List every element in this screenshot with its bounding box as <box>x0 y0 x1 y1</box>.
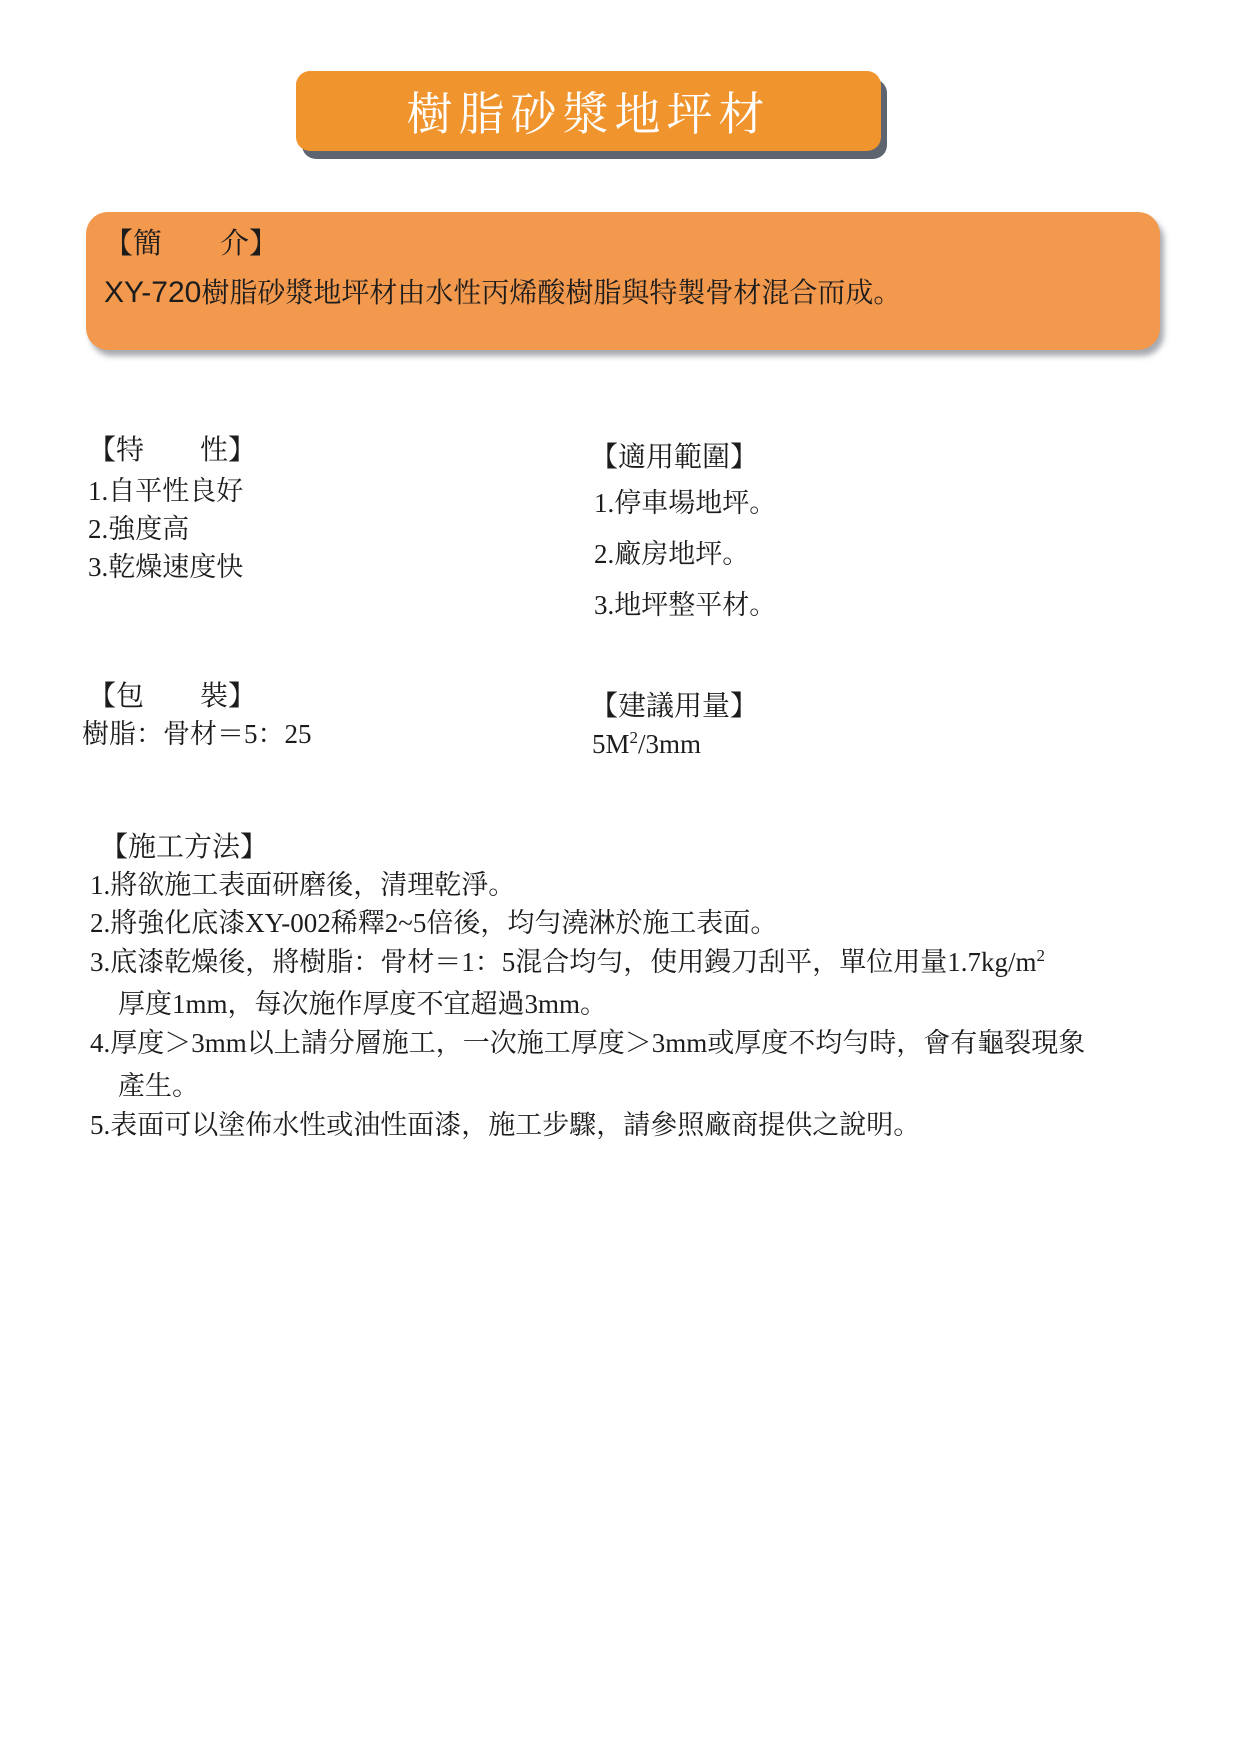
features-heading: 【特 性】 <box>88 434 256 468</box>
method-step-3-line-1: 3.底漆乾燥後，將樹脂：骨材＝1：5混合均勻，使用鏝刀刮平，單位用量1.7kg/… <box>90 945 1045 979</box>
method-step-3-text: 3.底漆乾燥後，將樹脂：骨材＝1：5混合均勻，使用鏝刀刮平，單位用量1.7kg/… <box>90 947 1037 977</box>
dosage-value-base: 5M <box>592 729 630 759</box>
features-item-3: 3.乾燥速度快 <box>88 550 243 584</box>
datasheet-page: 樹脂砂漿地坪材 【簡 介】 XY-720樹脂砂漿地坪材由水性丙烯酸樹脂與特製骨材… <box>0 0 1241 1754</box>
applications-item-3: 3.地坪整平材。 <box>594 588 776 622</box>
intro-product-code: XY-720 <box>104 276 201 309</box>
intro-body: XY-720樹脂砂漿地坪材由水性丙烯酸樹脂與特製骨材混合而成。 <box>104 274 1142 313</box>
intro-panel: 【簡 介】 XY-720樹脂砂漿地坪材由水性丙烯酸樹脂與特製骨材混合而成。 <box>86 212 1160 350</box>
features-item-1: 1.自平性良好 <box>88 474 243 508</box>
dosage-value-rest: /3mm <box>638 729 701 759</box>
title-banner: 樹脂砂漿地坪材 <box>296 71 881 151</box>
features-item-2: 2.強度高 <box>88 512 189 546</box>
method-step-4-line-1: 4.厚度＞3mm以上請分層施工，一次施工厚度＞3mm或厚度不均勻時，會有龜裂現象 <box>90 1026 1085 1060</box>
method-step-5: 5.表面可以塗佈水性或油性面漆，施工步驟，請參照廠商提供之說明。 <box>90 1108 920 1142</box>
method-step-3-line-2: 厚度1mm，每次施作厚度不宜超過3mm。 <box>118 987 607 1021</box>
method-step-4-line-2: 產生。 <box>118 1069 199 1103</box>
packaging-ratio: 樹脂：骨材＝5：25 <box>82 717 312 751</box>
method-step-1: 1.將欲施工表面研磨後，清理乾淨。 <box>90 868 515 902</box>
method-heading: 【施工方法】 <box>100 831 268 865</box>
dosage-value-superscript: 2 <box>630 728 639 747</box>
intro-body-text: 樹脂砂漿地坪材由水性丙烯酸樹脂與特製骨材混合而成。 <box>201 278 901 309</box>
dosage-value: 5M2/3mm <box>592 727 701 761</box>
intro-heading: 【簡 介】 <box>104 224 1142 264</box>
applications-heading: 【適用範圍】 <box>590 441 758 475</box>
applications-item-1: 1.停車場地坪。 <box>594 486 776 520</box>
packaging-heading: 【包 裝】 <box>88 680 256 714</box>
method-step-2: 2.將強化底漆XY-002稀釋2~5倍後，均勻澆淋於施工表面。 <box>90 906 777 940</box>
applications-item-2: 2.廠房地坪。 <box>594 537 749 571</box>
method-step-3-superscript: 2 <box>1037 946 1046 965</box>
page-title: 樹脂砂漿地坪材 <box>407 78 771 144</box>
dosage-heading: 【建議用量】 <box>590 690 758 724</box>
